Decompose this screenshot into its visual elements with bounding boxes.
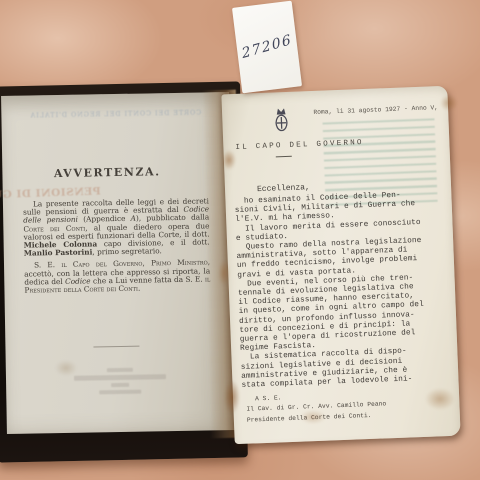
imprint-line — [111, 383, 129, 387]
imprint-line — [99, 390, 141, 395]
paragraph-2: S. E. il Capo del Governo, Primo Ministr… — [24, 259, 211, 295]
foxing-stain — [55, 360, 77, 376]
letterhead-rule — [276, 156, 292, 158]
letter-dateline: Roma, li 31 agosto 1927 - Anno V, — [288, 104, 438, 117]
foxing-stain — [440, 95, 458, 111]
bleedthrough-header-text: CORTE DEI CONTI DEL REGNO D'ITALIA — [1, 108, 229, 120]
letter-addressee-intro: A S. E. — [255, 394, 282, 402]
foxing-stain — [218, 260, 230, 286]
paragraph-1: La presente raccolta delle leggi e dei d… — [23, 197, 210, 258]
inventory-label: 27206 — [232, 1, 302, 94]
foxing-stain — [425, 388, 455, 410]
imprint-line — [107, 368, 133, 372]
foxing-stain — [222, 150, 236, 170]
letter-body: ho esaminato il Codice delle Pen- sioni … — [234, 190, 449, 391]
foxing-stain — [224, 380, 240, 414]
handwritten-number: 27206 — [241, 32, 294, 62]
bleedthrough-imprint-block — [6, 366, 234, 396]
imprint-line — [74, 374, 166, 381]
avvertenza-body: La presente raccolta delle leggi e dei d… — [23, 197, 211, 298]
left-page: CORTE DEI CONTI DEL REGNO D'ITALIA AVVER… — [1, 92, 235, 434]
letter-salutation: Eccellenza, — [257, 183, 310, 194]
right-page-letter: Roma, li 31 agosto 1927 - Anno V, IL CAP… — [221, 86, 460, 444]
section-divider-rule — [93, 346, 139, 348]
page-heading: AVVERTENZA. — [2, 164, 212, 181]
foxing-stain — [300, 410, 326, 424]
photo-of-open-book: { "scene": { "label_number": "27206" }, … — [0, 0, 480, 480]
